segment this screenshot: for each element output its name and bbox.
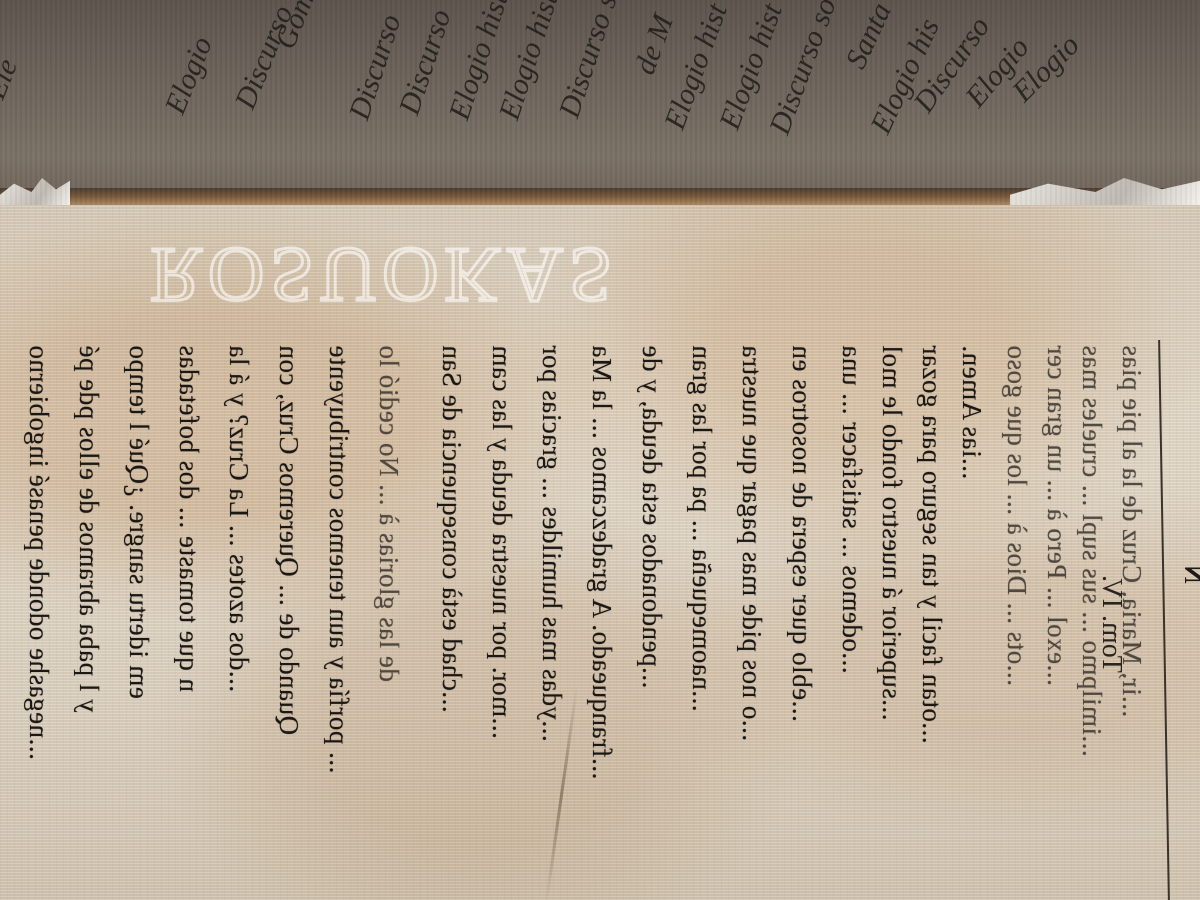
column-text: ...otan facil y tan seguro para gozar: [915, 345, 949, 744]
column-text: ...pendonados esta deuda, y de: [635, 345, 669, 688]
toc-entry: Elogio hist: [443, 0, 516, 124]
toc-entry: Discurso: [228, 1, 300, 114]
toc-entry: Elogio: [959, 31, 1036, 114]
column-text: n que tomaste ... dos bofetadas: [172, 345, 206, 692]
text-column: n que tomaste ... dos bofetadas: [172, 345, 206, 900]
text-column: ...exol ... Pero à ... un gran cer: [1040, 345, 1074, 900]
torn-paper-edge: [0, 178, 70, 206]
column-text: ...franqueado. A gradezcamos ... la Ma: [585, 345, 619, 779]
toc-entry: Gom...: [268, 0, 330, 54]
toc-entry: Elogio hist: [713, 0, 790, 134]
text-column: ...o nos pide mas pagar que nuestra: [735, 345, 769, 900]
column-text: Quando de ... Queremos Cruz, con: [272, 345, 306, 735]
torn-paper-edge: [1010, 178, 1200, 206]
column-text: ...mor. por nuestra deuda y las cam: [485, 345, 519, 739]
toc-entry: Elogio: [1006, 28, 1087, 109]
text-column: ...pendonados esta deuda, y de: [635, 345, 669, 900]
text-column: ...ots ... Dios à ... los que goso: [1000, 345, 1034, 900]
toc-entry: Discurso: [393, 5, 459, 119]
text-column: y l paba abramos de ellos pde pé: [72, 345, 106, 900]
column-text: ...eblo quer espera de nosotros en: [785, 345, 819, 722]
column-text: ...ydas mas humildes ... gracias por: [535, 345, 569, 742]
text-column: ...odemos ... satisfacer ... una: [835, 345, 869, 900]
book-photograph: ElogioDiscursoGom...DiscursoDiscursoElog…: [0, 0, 1200, 900]
column-text: ...imilpmo ... sus supl ... crueles mas: [1075, 345, 1109, 757]
text-column: em idertu sangre. ¿Qué l tempo: [122, 345, 156, 900]
text-column: ...ydas mas humildes ... gracias por: [535, 345, 569, 900]
page-header: Tom. IV.: [1095, 575, 1127, 673]
toc-entry: Discurso: [343, 10, 409, 124]
column-text: y l paba abramos de ellos pde pé: [72, 345, 106, 713]
text-column: ...eblo quer espera de nosotros en: [785, 345, 819, 900]
column-text: ...chad està consequencia de San: [435, 345, 469, 713]
text-column: ...mor. por nuestra deuda y las cam: [485, 345, 519, 900]
toc-entry: Discurso so: [553, 0, 629, 122]
toc-entry: Santa: [839, 0, 899, 74]
text-column: ... porfía y aun tenemos contribuyente: [322, 345, 356, 900]
text-column: ...negashe odonde penasé ingobierno: [22, 345, 56, 900]
toc-entry: de M: [628, 10, 681, 79]
toc-entry: Elogio hist: [658, 0, 735, 134]
lower-page: ROSUOKAS ...negashe odonde penasé ingobi…: [0, 205, 1200, 900]
text-column: ...dos azotes ... La Cruz? y á la: [222, 345, 256, 900]
text-column: ...chad està consequencia de San: [435, 345, 469, 900]
table-of-contents-entries: ElogioDiscursoGom...DiscursoDiscursoElog…: [0, 0, 1200, 160]
text-column: Quando de ... Queremos Cruz, con: [272, 345, 306, 900]
toc-entry: Elogio his: [864, 14, 947, 139]
toc-entry: Elogio hist: [493, 0, 566, 124]
column-text: ...odemos ... satisfacer ... una: [835, 345, 869, 674]
text-column: ...otan facil y tan seguro para gozar: [915, 345, 949, 900]
toc-entry: Discurso: [907, 11, 997, 119]
text-column: ...naomequeña ... pa por las gran: [685, 345, 719, 900]
column-text: ...ias Amen.: [955, 345, 989, 479]
column-text: ...negashe odonde penasé ingobierno: [22, 345, 56, 760]
column-text: em idertu sangre. ¿Qué l tempo: [122, 345, 156, 699]
column-text: ...naomequeña ... pa por las gran: [685, 345, 719, 712]
watermark-text: ROSUOKAS: [150, 230, 618, 320]
text-column: ...franqueado. A gradezcamos ... la Ma: [585, 345, 619, 900]
column-text: ... porfía y aun tenemos contribuyente: [322, 345, 356, 773]
text-column: ...superior á nuestro fondo le mol: [875, 345, 909, 900]
toc-entry: Ele: [0, 54, 25, 104]
toc-entry: Discurso so: [763, 0, 844, 139]
text-column: ...ias Amen.: [955, 345, 989, 900]
column-text: de las glorias à ... No cedió lo: [372, 345, 406, 682]
column-text: ...ots ... Dios à ... los que goso: [1000, 345, 1034, 686]
margin-rule: [1158, 340, 1170, 900]
toc-entry: Elogio: [158, 32, 219, 119]
text-column: de las glorias à ... No cedió lo: [372, 345, 406, 900]
column-text: ...dos azotes ... La Cruz? y á la: [222, 345, 256, 692]
column-text: ...exol ... Pero à ... un gran cer: [1040, 345, 1074, 686]
column-text: ...o nos pide mas pagar que nuestra: [735, 345, 769, 741]
upper-facing-page: ElogioDiscursoGom...DiscursoDiscursoElog…: [0, 0, 1200, 210]
column-text: ...superior á nuestro fondo le mol: [875, 345, 909, 720]
edge-letter: N: [1178, 565, 1200, 584]
